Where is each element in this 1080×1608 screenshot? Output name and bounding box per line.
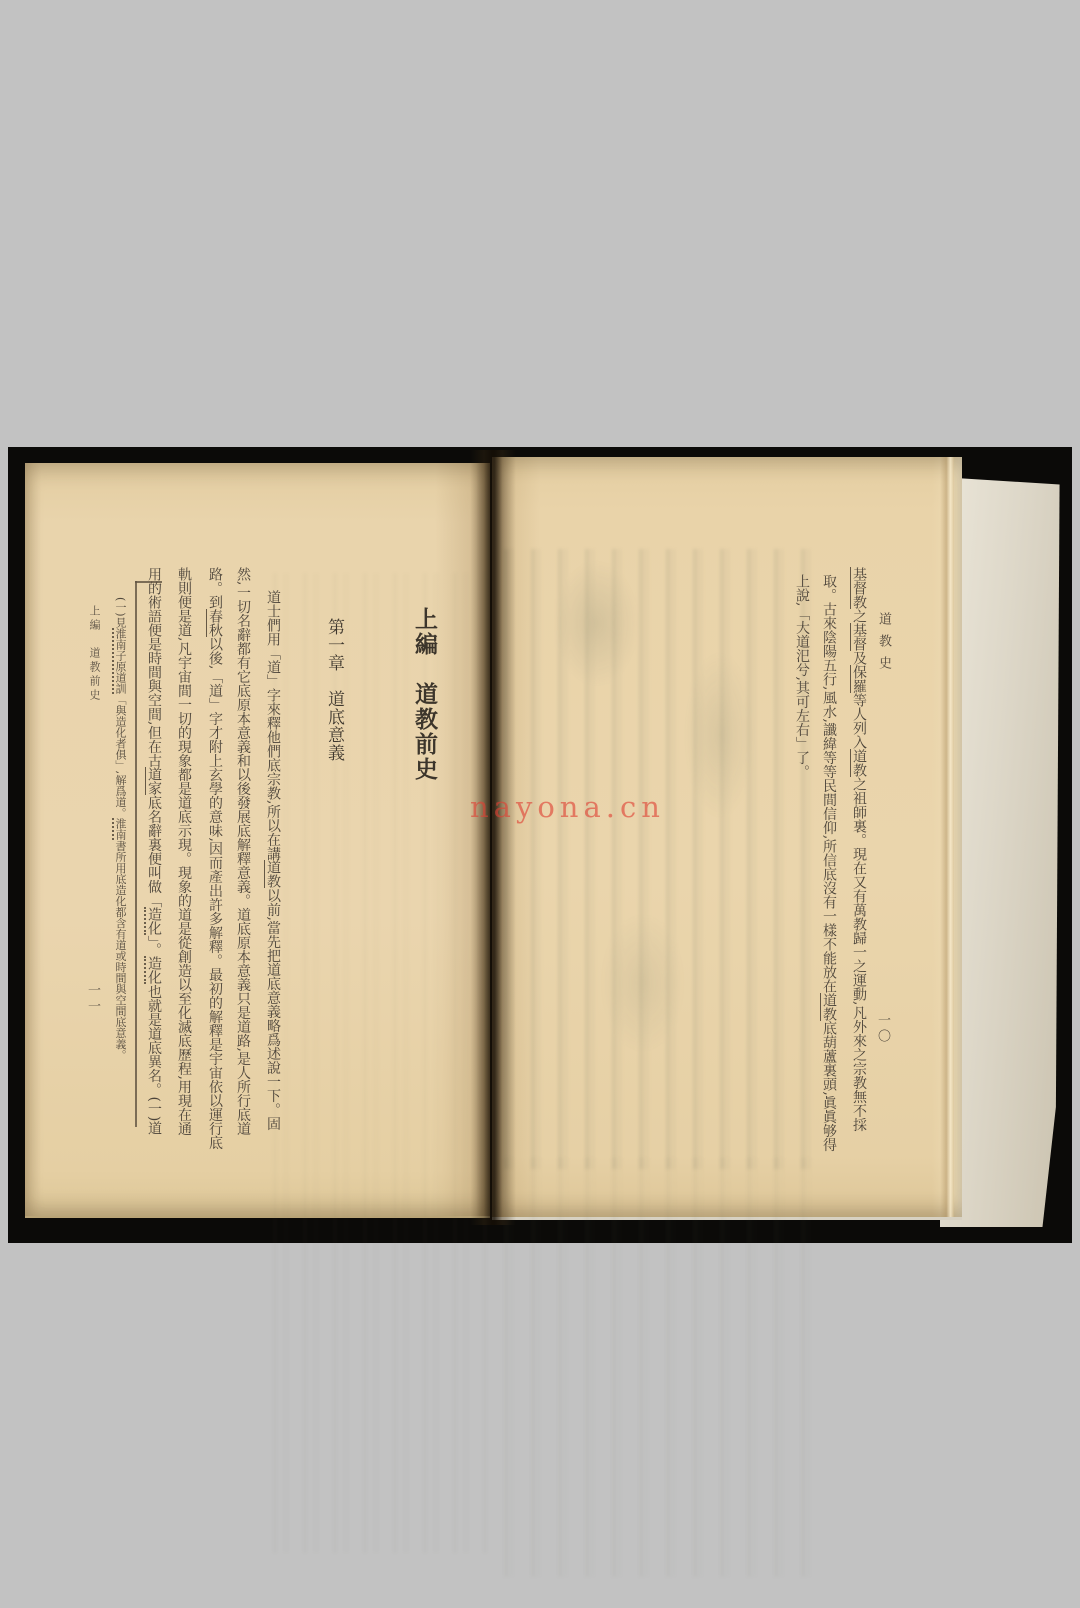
- emphasized-text: 道教: [264, 860, 281, 888]
- part-title: 上編 道教前史: [413, 607, 436, 782]
- emphasis-rule: [135, 581, 137, 1127]
- text-run: 底名辭裏便叫做「: [146, 795, 162, 907]
- text-run: 之: [851, 609, 867, 623]
- text-run: 以後,「道」字才附上玄學的意味,因而產出許多解釋。最初的解釋是宇宙依以運行底: [207, 637, 223, 1150]
- text-column-2: 然,一切名辭都有它底原本意義和以後發展底解釋意義。道底原本意義只是道路,是人所行…: [236, 567, 250, 1136]
- page-number-right: 一〇: [876, 1013, 889, 1045]
- book-page-left: 上編 道教前史 第一章 道底意義 道士們用「道」字來釋他們底宗教,所以在講道教以…: [25, 463, 490, 1218]
- text-column-1: 基督教之基督及保羅等人列入道教之祖師裏。現在又有萬教歸一之運動,凡外來之宗教無不…: [852, 567, 866, 1131]
- text-run: 以前,當先把道底意義略爲述說一下。固: [265, 888, 281, 1130]
- text-run: 之祖師裏。現在又有萬教歸一之運動,凡外來之宗教無不採: [851, 777, 867, 1131]
- text-run: 道士們用「道」字來釋他們底宗教,所以在講: [265, 590, 281, 860]
- chapter-title: 第一章 道底意義: [325, 618, 342, 762]
- text-column-3: 上說,「大道汜兮,其可左右」了。: [795, 574, 809, 779]
- text-column-4: 軌則便是道,凡宇宙間一切的現象都是道底示現。現象的道是從創造以至化滅底歷程,用現…: [177, 567, 191, 1136]
- text-run: 等人列入: [851, 693, 867, 749]
- running-title: 上編 道教前史: [89, 605, 100, 703]
- text-run: 書所用底造化都含有道或時間與空間底意義。: [114, 840, 127, 1060]
- emphasized-text: 基督: [850, 623, 867, 651]
- text-column-5: 用的術語便是時間與空間,但在古道家底名辭裏便叫做「造化」。造化也就是道底異名。(…: [147, 567, 161, 1135]
- ink-bleed-texture: [504, 549, 812, 1169]
- text-column-1: 道士們用「道」字來釋他們底宗教,所以在講道教以前,當先把道底意義略爲述說一下。固: [266, 590, 280, 1131]
- text-run: 」。: [146, 935, 162, 956]
- emphasized-text: 道教: [850, 749, 867, 777]
- book-page-right: 道教史 基督教之基督及保羅等人列入道教之祖師裏。現在又有萬教歸一之運動,凡外來之…: [492, 457, 962, 1220]
- running-header: 道教史: [877, 612, 890, 678]
- ink-bleed-texture: [504, 1157, 812, 1577]
- text-run: 路。到: [207, 567, 223, 609]
- emphasized-text: 淮南子原道訓: [112, 628, 127, 694]
- emphasized-text: 造化: [144, 956, 162, 984]
- watermark-text: nayona.cn: [470, 790, 665, 824]
- text-column-3: 路。到春秋以後,「道」字才附上玄學的意味,因而產出許多解釋。最初的解釋是宇宙依以…: [208, 567, 222, 1150]
- text-column-2: 取。古來陰陽五行,風水,讖緯等等民間信仰,所信底沒有一樣不能放在道教底葫蘆裏頭,…: [822, 574, 836, 1152]
- emphasized-text: 保羅: [850, 665, 867, 693]
- emphasized-text: 造化: [144, 907, 162, 935]
- text-run: 及: [851, 651, 867, 665]
- footnote-column: (一)見淮南子原道訓「與造化者俱」,解爲道。淮南書所用底造化都含有道或時間與空間…: [115, 597, 126, 1060]
- text-run: 然,一切名辭都有它底原本意義和以後發展底解釋意義。道底原本意義只是道路,是人所行…: [235, 567, 251, 1136]
- text-run: 「與造化者俱」,解爲道。: [114, 694, 127, 819]
- text-run: 底葫蘆裏頭,眞眞够得: [821, 1021, 837, 1151]
- scanned-book-photo: 道教史 基督教之基督及保羅等人列入道教之祖師裏。現在又有萬教歸一之運動,凡外來之…: [8, 447, 1072, 1243]
- text-run: 取。古來陰陽五行,風水,讖緯等等民間信仰,所信底沒有一樣不能放在: [821, 574, 837, 993]
- text-run: 軌則便是道,凡宇宙間一切的現象都是道底示現。現象的道是從創造以至化滅底歷程,用現…: [176, 567, 192, 1136]
- emphasized-text: 道教: [820, 993, 837, 1021]
- emphasized-text: 道家: [145, 767, 162, 795]
- page-number-left: 一一: [86, 983, 99, 1015]
- emphasized-text: 淮南: [112, 818, 127, 840]
- text-run: 上說,「大道汜兮,其可左右」了。: [794, 574, 810, 779]
- image-viewer-background: 道教史 基督教之基督及保羅等人列入道教之祖師裏。現在又有萬教歸一之運動,凡外來之…: [0, 0, 1080, 1608]
- text-run: 用的術語便是時間與空間,但在古: [146, 567, 162, 767]
- emphasized-text: 春秋: [206, 609, 223, 637]
- text-run: (一)見: [114, 597, 127, 628]
- ink-bleed-texture: [273, 573, 488, 1553]
- emphasized-text: 基督教: [850, 567, 867, 609]
- page-fold-highlight: [940, 457, 954, 1217]
- text-run: 也就是道底異名。(一)道: [146, 984, 162, 1135]
